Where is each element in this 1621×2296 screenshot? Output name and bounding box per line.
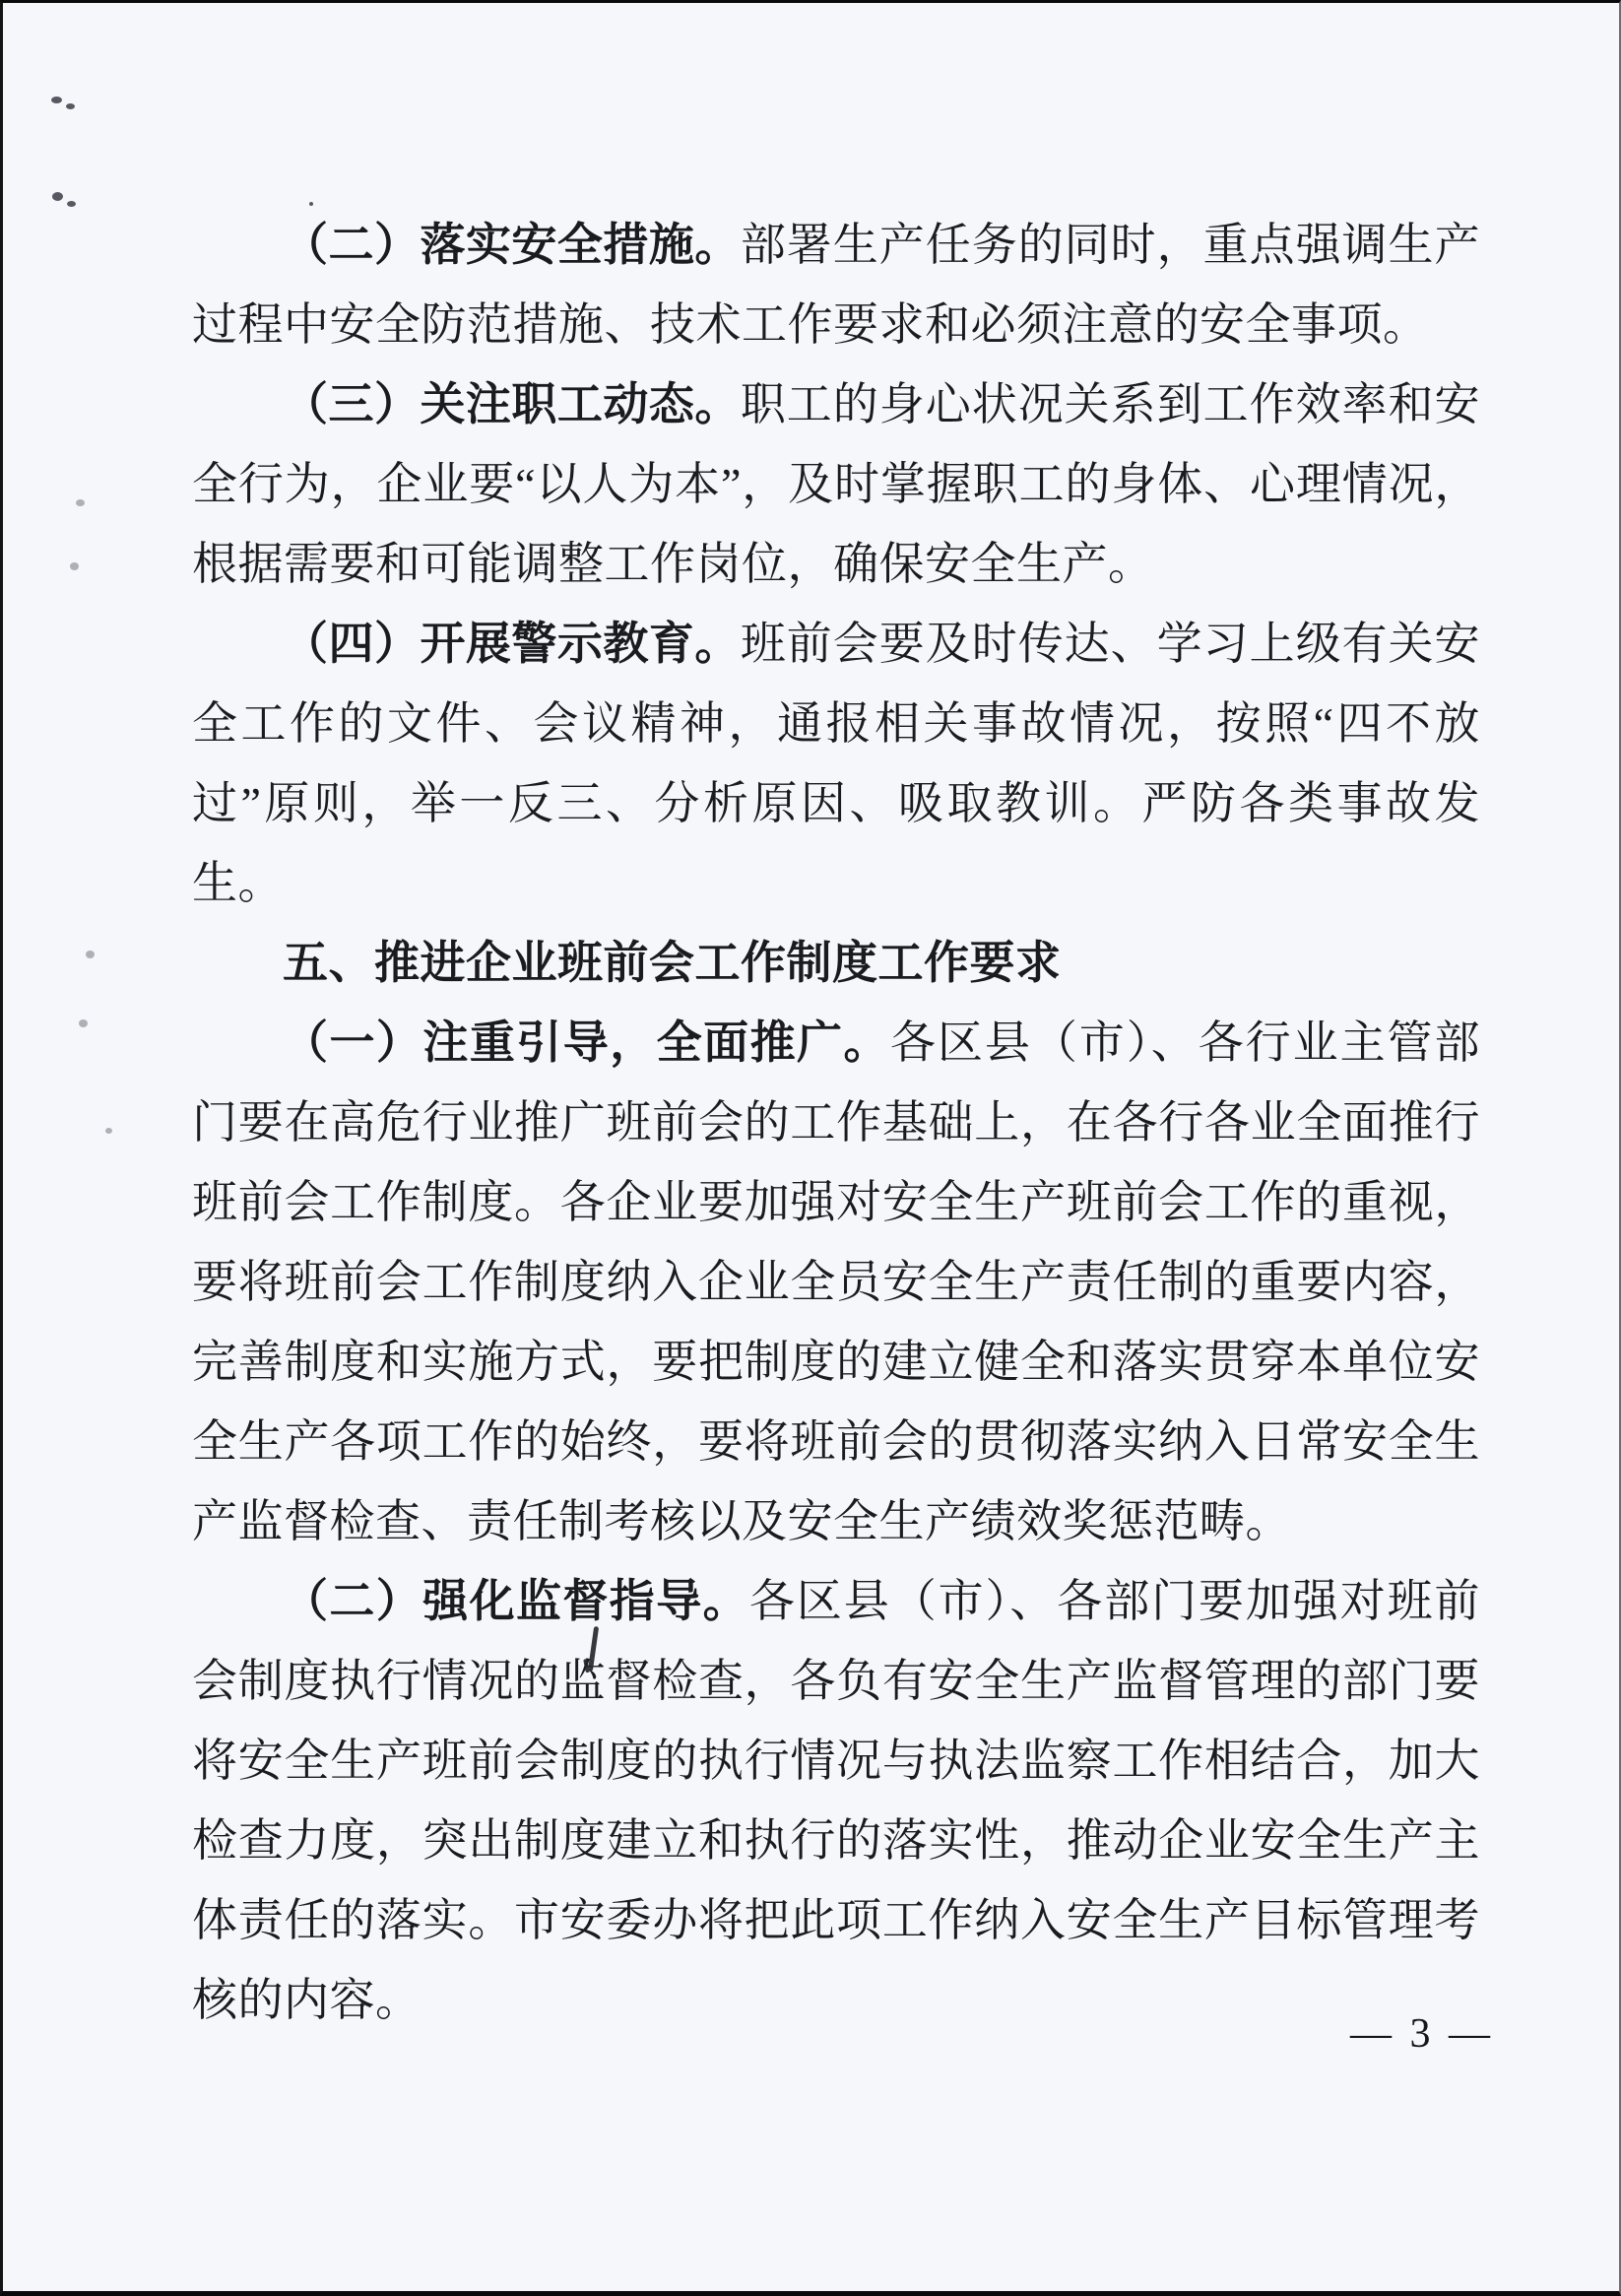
ink-speck	[67, 201, 76, 207]
ink-speck	[76, 499, 85, 506]
ink-speck	[79, 1019, 88, 1027]
paragraph: （四）开展警示教育。班前会要及时传达、学习上级有关安全工作的文件、会议精神，通报…	[192, 604, 1480, 923]
paragraph-lead: （三）关注职工动态。	[283, 378, 741, 429]
section-heading: 五、推进企业班前会工作制度工作要求	[192, 923, 1480, 1003]
paragraph: （二）落实安全措施。部署生产任务的同时，重点强调生产过程中安全防范措施、技术工作…	[192, 205, 1480, 364]
document-body: （二）落实安全措施。部署生产任务的同时，重点强调生产过程中安全防范措施、技术工作…	[192, 205, 1480, 2040]
paragraph: （三）关注职工动态。职工的身心状况关系到工作效率和安全行为，企业要“以人为本”，…	[192, 364, 1480, 604]
paragraph-lead: （四）开展警示教育。	[283, 618, 741, 669]
paragraph-text: 各区县（市）、各行业主管部门要在高危行业推广班前会的工作基础上，在各行各业全面推…	[192, 1017, 1480, 1546]
paragraph-lead: （一）注重引导，全面推广。	[283, 1017, 890, 1068]
page-number: — 3 —	[1350, 2010, 1494, 2058]
paragraph: （一）注重引导，全面推广。各区县（市）、各行业主管部门要在高危行业推广班前会的工…	[192, 1003, 1480, 1561]
ink-speck	[52, 192, 63, 201]
ink-speck	[66, 103, 75, 109]
paragraph: （二）强化监督指导。各区县（市）、各部门要加强对班前会制度执行情况的监督检查，各…	[192, 1561, 1480, 2040]
ink-speck	[105, 1128, 112, 1134]
ink-speck	[309, 202, 313, 206]
heading-text: 五、推进企业班前会工作制度工作要求	[283, 937, 1062, 988]
ink-speck	[51, 97, 62, 103]
paragraph-text: 各区县（市）、各部门要加强对班前会制度执行情况的监督检查，各负有安全生产监督管理…	[192, 1576, 1480, 2025]
scanned-document-page: （二）落实安全措施。部署生产任务的同时，重点强调生产过程中安全防范措施、技术工作…	[0, 0, 1621, 2296]
paragraph-lead: （二）强化监督指导。	[283, 1575, 749, 1626]
ink-speck	[70, 562, 79, 570]
paragraph-lead: （二）落实安全措施。	[283, 219, 741, 270]
ink-speck	[86, 951, 95, 958]
